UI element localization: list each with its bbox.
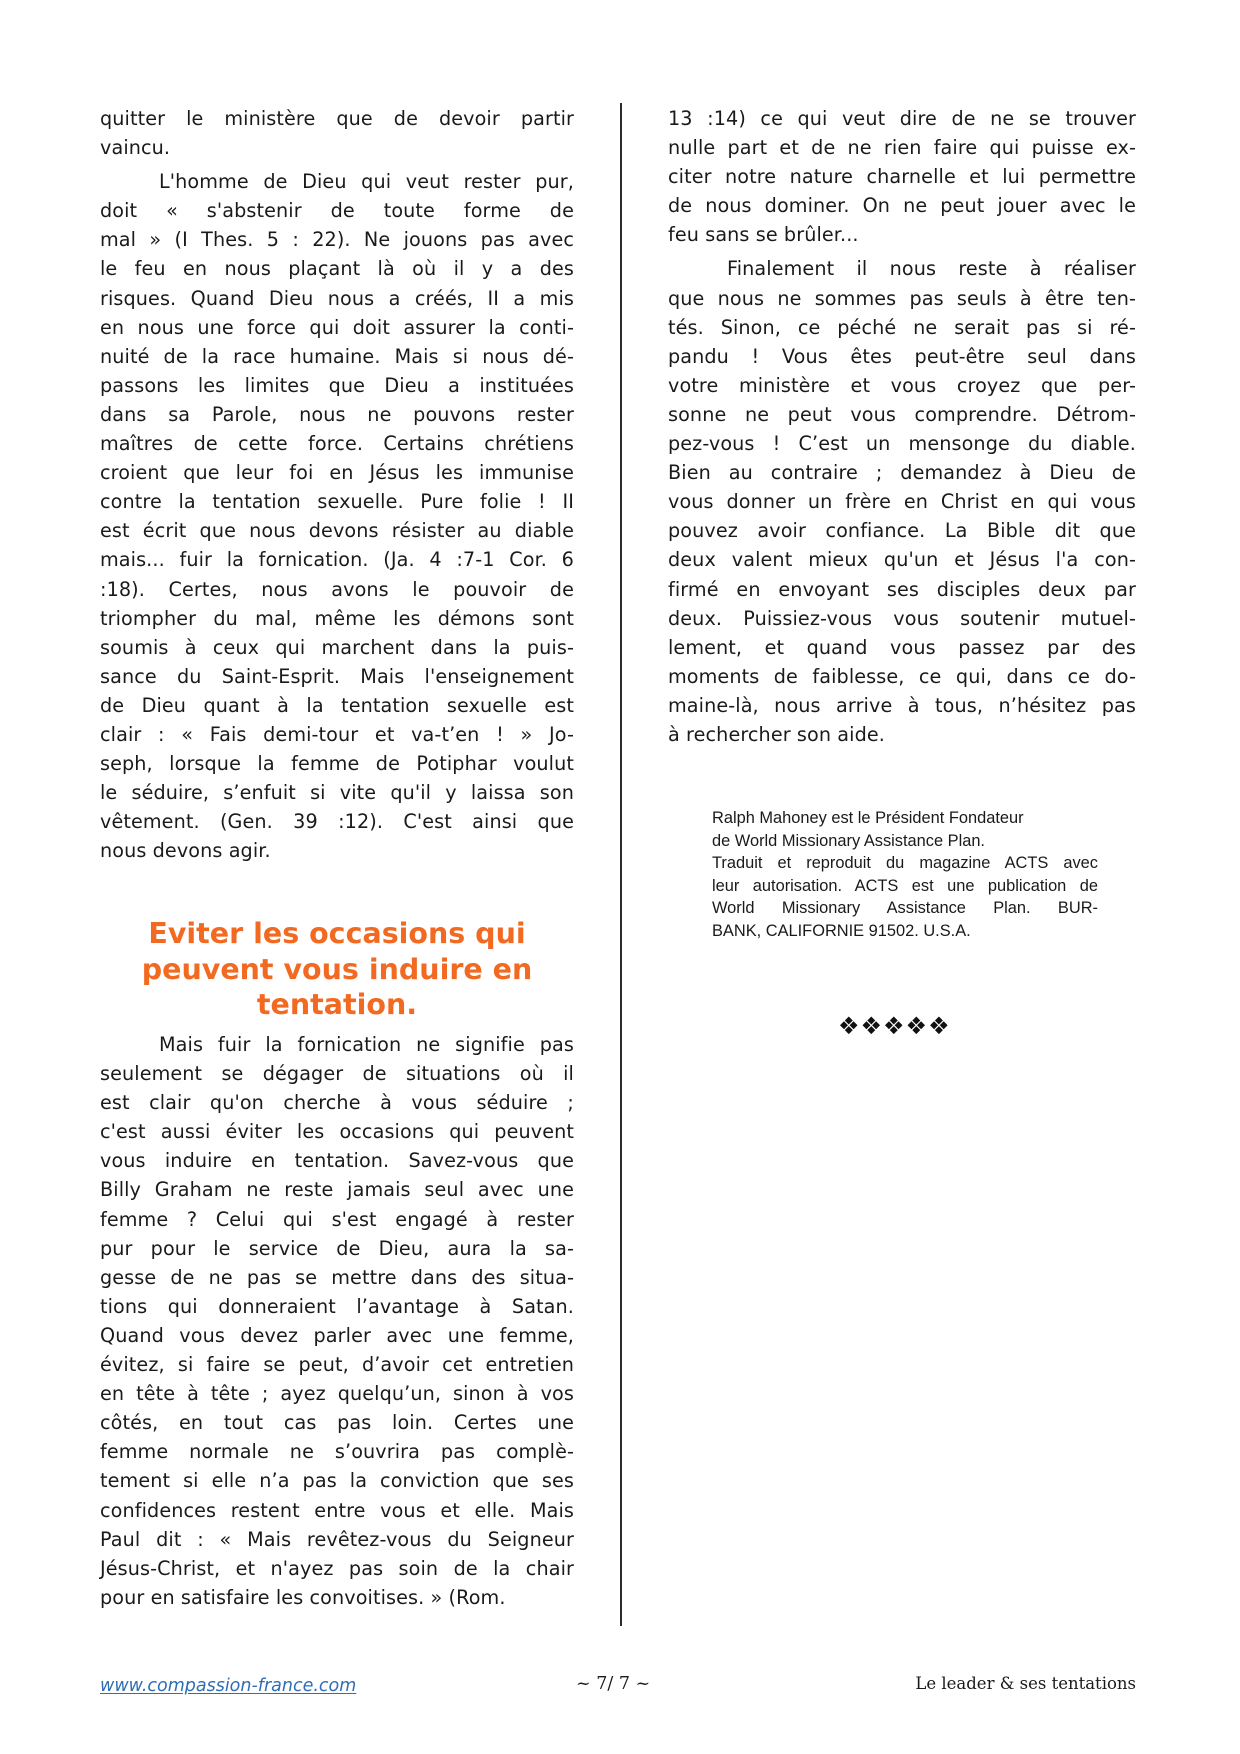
text-line: sance du Saint-Esprit. Mais l'enseigneme… [100, 662, 574, 691]
text-line: votre ministère et vous croyez que per- [668, 371, 1136, 400]
text-line: de Dieu quant à la tentation sexuelle es… [100, 691, 574, 720]
text-line: deux. Puissiez-vous vous soutenir mutuel… [668, 604, 1136, 633]
text-line: dans sa Parole, nous ne pouvons rester [100, 400, 574, 429]
text-line: femme normale ne s’ouvrira pas complè- [100, 1437, 574, 1466]
text-line: vous induire en tentation. Savez-vous qu… [100, 1146, 574, 1175]
website-link[interactable]: www.compassion-france.com [100, 1676, 356, 1696]
text-line: pouvez avoir confiance. La Bible dit que [668, 516, 1136, 545]
text-line: Quand vous devez parler avec une femme, [100, 1321, 574, 1350]
credit-line: Ralph Mahoney est le Président Fondateur [712, 807, 1098, 830]
text-line: tions qui donneraient l’avantage à Satan… [100, 1292, 574, 1321]
text-line: seph, lorsque la femme de Potiphar voulu… [100, 749, 574, 778]
text-line: pour en satisfaire les convoitises. » (R… [100, 1583, 574, 1612]
diamond-ornament-icon: ❖❖❖❖❖ [838, 1012, 951, 1040]
text-line: en nous une force qui doit assurer la co… [100, 313, 574, 342]
right-column: 13 :14) ce qui veut dire de ne se trouve… [668, 104, 1136, 749]
text-line: de nous dominer. On ne peut jouer avec l… [668, 191, 1136, 220]
text-line: clair : « Fais demi-tour et va-t’en ! » … [100, 720, 574, 749]
paragraph: 13 :14) ce qui veut dire de ne se trouve… [668, 104, 1136, 249]
text-line: nous devons agir. [100, 836, 574, 865]
text-line: le feu en nous plaçant là où il y a des [100, 254, 574, 283]
text-line: gesse de ne pas se mettre dans des situa… [100, 1263, 574, 1292]
paragraph: Mais fuir la fornication ne signifie pas… [100, 1030, 574, 1612]
text-line: femme ? Celui qui s'est engagé à rester [100, 1205, 574, 1234]
paragraph: quitter le ministère que de devoir parti… [100, 104, 574, 162]
column-divider [620, 103, 622, 1626]
left-column: quitter le ministère que de devoir parti… [100, 104, 574, 865]
text-line: sonne ne peut vous comprendre. Détrom- [668, 400, 1136, 429]
section-heading-line: tentation. [100, 987, 574, 1023]
text-line: 13 :14) ce qui veut dire de ne se trouve… [668, 104, 1136, 133]
text-line: est clair qu'on cherche à vous séduire ; [100, 1088, 574, 1117]
text-line: en tête à tête ; ayez quelqu’un, sinon à… [100, 1379, 574, 1408]
text-line: seulement se dégager de situations où il [100, 1059, 574, 1088]
right-column-body: 13 :14) ce qui veut dire de ne se trouve… [668, 104, 1136, 749]
text-line: firmé en envoyant ses disciples deux par [668, 575, 1136, 604]
section-heading-line: peuvent vous induire en [100, 952, 574, 988]
left-column-after-heading: Mais fuir la fornication ne signifie pas… [100, 1030, 574, 1612]
text-line: maine-là, nous arrive à tous, n’hésitez … [668, 691, 1136, 720]
text-line: Bien au contraire ; demandez à Dieu de [668, 458, 1136, 487]
text-line: quitter le ministère que de devoir parti… [100, 104, 574, 133]
text-line: c'est aussi éviter les occasions qui peu… [100, 1117, 574, 1146]
text-line: vêtement. (Gen. 39 :12). C'est ainsi que [100, 807, 574, 836]
text-line: pandu ! Vous êtes peut-être seul dans [668, 342, 1136, 371]
text-line: évitez, si faire se peut, d’avoir cet en… [100, 1350, 574, 1379]
section-heading: Eviter les occasions qui peuvent vous in… [100, 916, 574, 1023]
text-line: contre la tentation sexuelle. Pure folie… [100, 487, 574, 516]
text-line: nulle part et de ne rien faire qui puiss… [668, 133, 1136, 162]
text-line: Paul dit : « Mais revêtez-vous du Seigne… [100, 1525, 574, 1554]
paragraph: Finalement il nous reste à réaliserque n… [668, 254, 1136, 749]
text-line: nuité de la race humaine. Mais si nous d… [100, 342, 574, 371]
text-line: deux valent mieux qu'un et Jésus l'a con… [668, 545, 1136, 574]
section-heading-line: Eviter les occasions qui [100, 916, 574, 952]
text-line: Billy Graham ne reste jamais seul avec u… [100, 1175, 574, 1204]
text-line: Mais fuir la fornication ne signifie pas [100, 1030, 574, 1059]
text-line: tés. Sinon, ce péché ne serait pas si ré… [668, 313, 1136, 342]
credit-line: World Missionary Assistance Plan. BUR- [712, 897, 1098, 920]
text-line: pur pour le service de Dieu, aura la sa- [100, 1234, 574, 1263]
credit-line: Traduit et reproduit du magazine ACTS av… [712, 852, 1098, 875]
text-line: vaincu. [100, 133, 574, 162]
text-line: mais... fuir la fornication. (Ja. 4 :7-1… [100, 545, 574, 574]
text-line: que nous ne sommes pas seuls à être ten- [668, 284, 1136, 313]
paragraph: L'homme de Dieu qui veut rester pur,doit… [100, 167, 574, 865]
document-title: Le leader & ses tentations [915, 1674, 1136, 1693]
text-line: confidences restent entre vous et elle. … [100, 1496, 574, 1525]
text-line: triompher du mal, même les démons sont [100, 604, 574, 633]
page-indicator: ~ 7/ 7 ~ [576, 1674, 650, 1694]
text-line: doit « s'abstenir de toute forme de [100, 196, 574, 225]
text-line: est écrit que nous devons résister au di… [100, 516, 574, 545]
text-line: :18). Certes, nous avons le pouvoir de [100, 575, 574, 604]
text-line: croient que leur foi en Jésus les immuni… [100, 458, 574, 487]
text-line: lement, et quand vous passez par des [668, 633, 1136, 662]
left-column-body-after-heading: Mais fuir la fornication ne signifie pas… [100, 1030, 574, 1612]
left-column-body-before-heading: quitter le ministère que de devoir parti… [100, 104, 574, 865]
text-line: passons les limites que Dieu a instituée… [100, 371, 574, 400]
credit-line: leur autorisation. ACTS est une publicat… [712, 875, 1098, 898]
text-line: à rechercher son aide. [668, 720, 1136, 749]
credit-line: de World Missionary Assistance Plan. [712, 830, 1098, 853]
text-line: moments de faiblesse, ce qui, dans ce do… [668, 662, 1136, 691]
text-line: maîtres de cette force. Certains chrétie… [100, 429, 574, 458]
text-line: risques. Quand Dieu nous a créés, II a m… [100, 284, 574, 313]
text-line: feu sans se brûler... [668, 220, 1136, 249]
text-line: Finalement il nous reste à réaliser [668, 254, 1136, 283]
author-credit: Ralph Mahoney est le Président Fondateur… [712, 807, 1098, 943]
text-line: le séduire, s’enfuit si vite qu'il y lai… [100, 778, 574, 807]
text-line: Jésus-Christ, et n'ayez pas soin de la c… [100, 1554, 574, 1583]
text-line: mal » (I Thes. 5 : 22). Ne jouons pas av… [100, 225, 574, 254]
text-line: vous donner un frère en Christ en qui vo… [668, 487, 1136, 516]
text-line: pez-vous ! C’est un mensonge du diable. [668, 429, 1136, 458]
text-line: tement si elle n’a pas la conviction que… [100, 1466, 574, 1495]
text-line: soumis à ceux qui marchent dans la puis- [100, 633, 574, 662]
text-line: côtés, en tout cas pas loin. Certes une [100, 1408, 574, 1437]
credit-line: BANK, CALIFORNIE 91502. U.S.A. [712, 920, 1098, 943]
text-line: citer notre nature charnelle et lui perm… [668, 162, 1136, 191]
text-line: L'homme de Dieu qui veut rester pur, [100, 167, 574, 196]
